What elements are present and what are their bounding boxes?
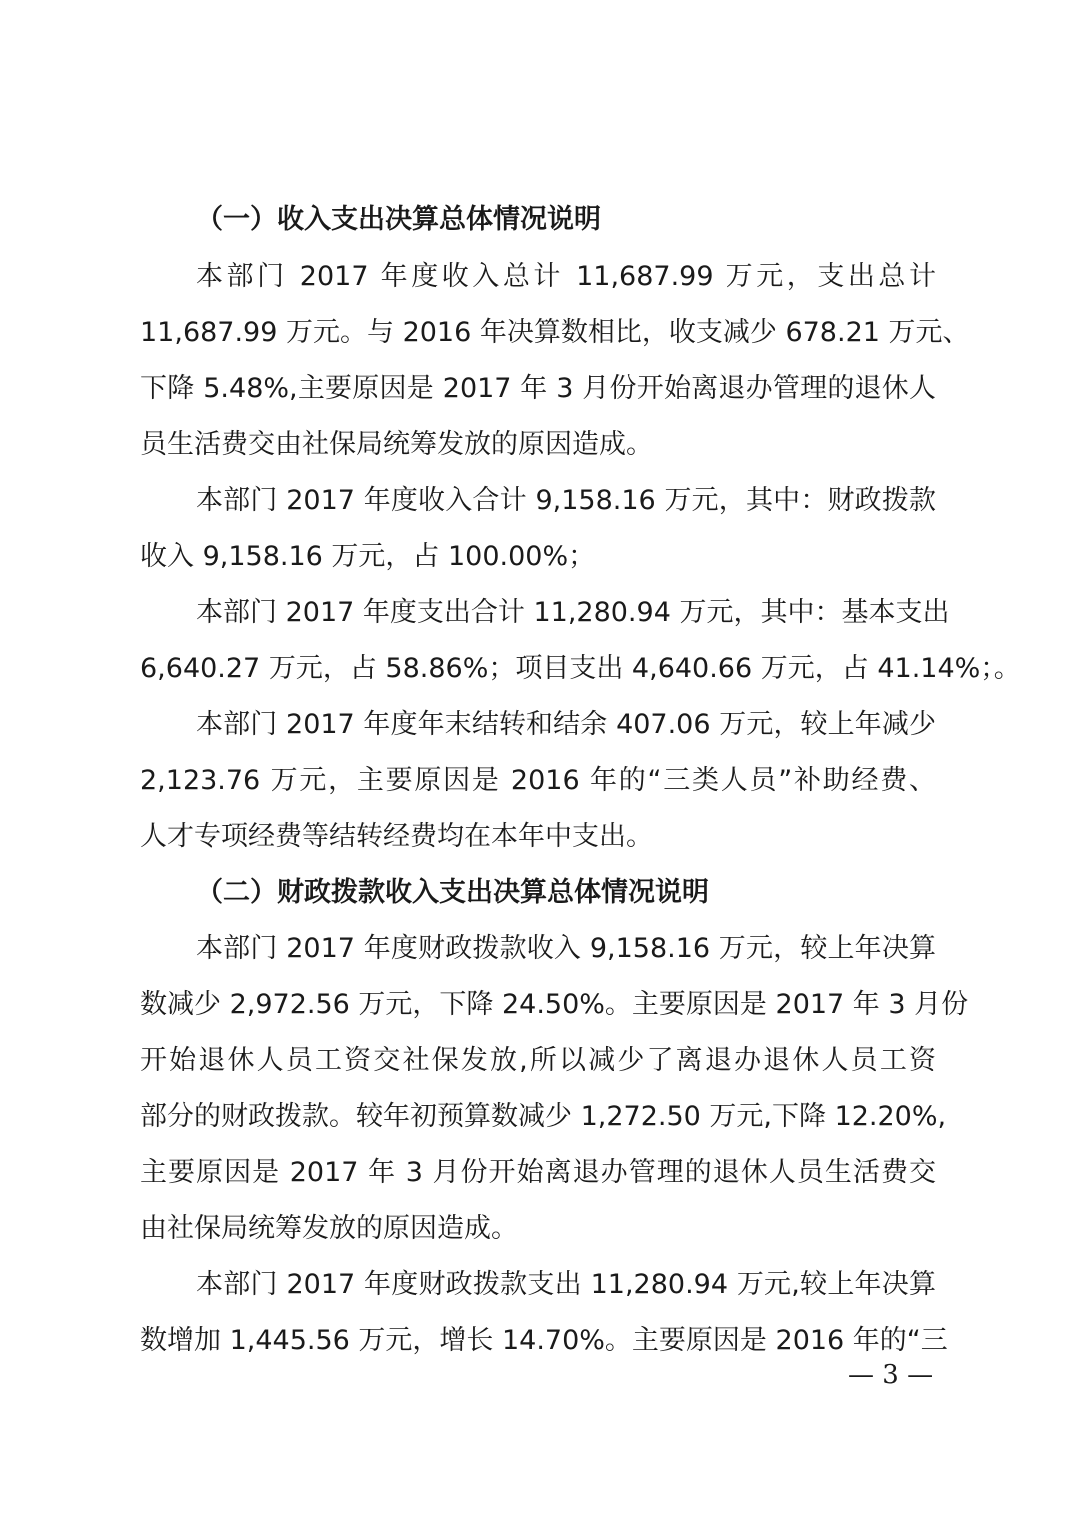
paragraph-line: 收入 9,158.16 万元，占 100.00%； <box>140 537 936 577</box>
paragraph-line: 下降 5.48%,主要原因是 2017 年 3 月份开始离退办管理的退休人 <box>140 369 936 409</box>
document-page: （一）收入支出决算总体情况说明 本部门 2017 年度收入总计 11,687.9… <box>0 0 1074 1520</box>
paragraph-line: 数增加 1,445.56 万元，增长 14.70%。主要原因是 2016 年的“… <box>140 1321 936 1361</box>
paragraph-line: 人才专项经费等结转经费均在本年中支出。 <box>140 817 936 857</box>
paragraph-line: 主要原因是 2017 年 3 月份开始离退办管理的退休人员生活费交 <box>140 1153 936 1193</box>
section-heading-1: （一）收入支出决算总体情况说明 <box>196 200 601 240</box>
page-number: — 3 — <box>848 1355 933 1395</box>
paragraph-line: 本部门 2017 年度年末结转和结余 407.06 万元，较上年减少 <box>196 705 936 745</box>
paragraph-line: 本部门 2017 年度财政拨款支出 11,280.94 万元,较上年决算 <box>196 1265 936 1305</box>
paragraph-line: 由社保局统筹发放的原因造成。 <box>140 1209 936 1249</box>
paragraph-line: 本部门 2017 年度财政拨款收入 9,158.16 万元，较上年决算 <box>196 929 936 969</box>
paragraph-line: 数减少 2,972.56 万元，下降 24.50%。主要原因是 2017 年 3… <box>140 985 936 1025</box>
paragraph-line: 部分的财政拨款。较年初预算数减少 1,272.50 万元,下降 12.20%, <box>140 1097 936 1137</box>
paragraph-line: 本部门 2017 年度收入总计 11,687.99 万元，支出总计 <box>196 257 936 297</box>
paragraph-line: 本部门 2017 年度支出合计 11,280.94 万元，其中：基本支出 <box>196 593 936 633</box>
paragraph-line: 员生活费交由社保局统筹发放的原因造成。 <box>140 425 936 465</box>
paragraph-line: 6,640.27 万元，占 58.86%；项目支出 4,640.66 万元，占 … <box>140 649 936 689</box>
paragraph-line: 开始退休人员工资交社保发放,所以减少了离退办退休人员工资 <box>140 1041 936 1081</box>
paragraph-line: 11,687.99 万元。与 2016 年决算数相比，收支减少 678.21 万… <box>140 313 936 353</box>
paragraph-line: 2,123.76 万元，主要原因是 2016 年的“三类人员”补助经费、 <box>140 761 936 801</box>
paragraph-line: 本部门 2017 年度收入合计 9,158.16 万元，其中：财政拨款 <box>196 481 936 521</box>
section-heading-2: （二）财政拨款收入支出决算总体情况说明 <box>196 873 709 913</box>
